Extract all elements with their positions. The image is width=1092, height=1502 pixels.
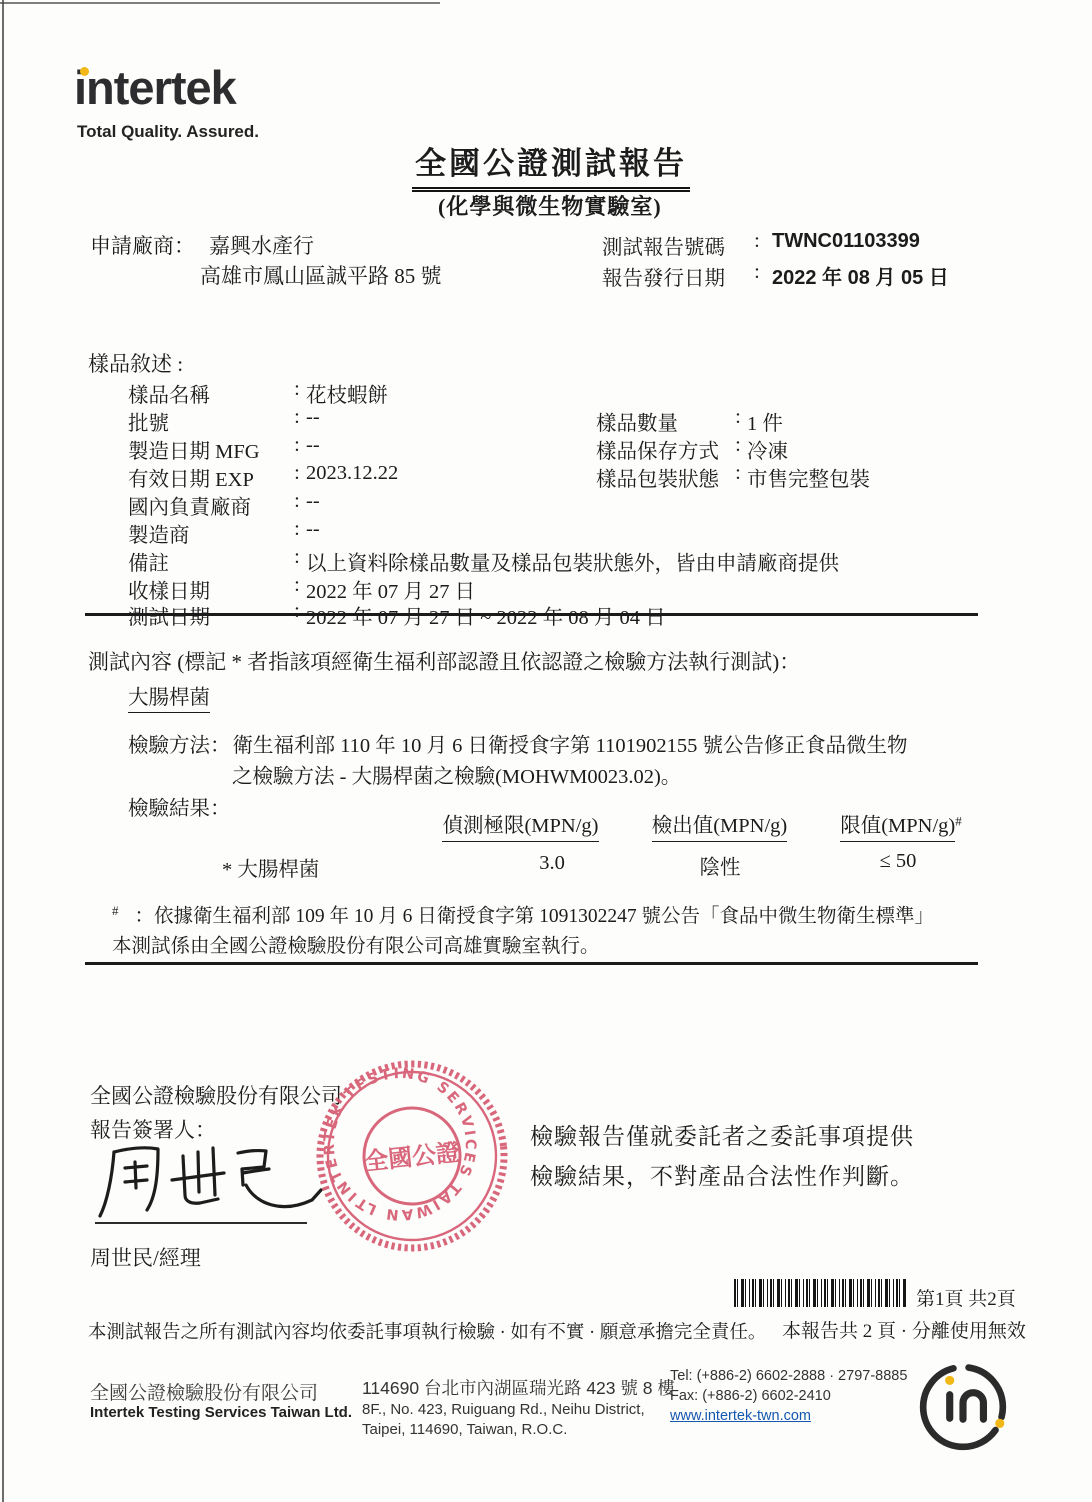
lab-footnote: 本測試係由全國公證檢驗股份有限公司高雄實驗室執行。	[112, 930, 600, 958]
batch-value: --	[306, 406, 320, 436]
signature-company: 全國公證檢驗股份有限公司	[90, 1080, 342, 1110]
table-header-text: 偵測極限(MPN/g)	[442, 808, 598, 842]
issue-date-row: 報告發行日期 : 2022 年 08 月 05 日	[602, 261, 949, 291]
sample-row: 有效日期 EXP : 2023.12.22	[128, 462, 398, 492]
seal-center-text: 全國公證	[363, 1138, 461, 1176]
disclaimer-line1: 檢驗報告僅就委託者之委託事項提供	[530, 1118, 914, 1151]
sample-row: 備註 : 以上資料除樣品數量及樣品包裝狀態外，皆由申請廠商提供	[128, 546, 839, 576]
section-divider	[85, 962, 978, 965]
colon: :	[288, 406, 306, 436]
issue-date-label: 報告發行日期	[602, 261, 748, 291]
validity-note: 本報告共 2 頁 · 分離使用無效	[782, 1316, 1026, 1343]
footer-tel: Tel: (+886-2) 6602-2888 · 2797-8885	[670, 1368, 907, 1384]
test-intro: 測試內容 (標記 * 者指該項經衛生福利部認證且依認證之檢驗方法執行測試)：	[88, 646, 800, 676]
colon: :	[729, 434, 747, 464]
colon: :	[729, 462, 747, 492]
table-header-limit: 限值(MPN/g)#	[816, 808, 986, 842]
report-no-label: 測試報告號碼	[602, 230, 748, 260]
table-row-limit: ≤ 50	[852, 850, 944, 873]
sample-storage-row: 樣品保存方式 : 冷凍	[596, 434, 788, 464]
sample-packing-label: 樣品包裝狀態	[596, 462, 729, 492]
footer-address-cn: 114690 台北市內湖區瑞光路 423 號 8 樓	[362, 1375, 675, 1400]
applicant-name: 嘉興水產行	[209, 230, 314, 260]
sample-row: 樣品名稱 : 花枝蝦餅	[128, 378, 388, 408]
table-row-detection-limit: 3.0	[512, 852, 592, 875]
remark-value: 以上資料除樣品數量及樣品包裝狀態外，皆由申請廠商提供	[306, 546, 839, 576]
domestic-agent-label: 國內負責廠商	[128, 490, 288, 520]
responsibility-statement: 本測試報告之所有測試內容均依委託事項執行檢驗 · 如有不實 · 願意承擔完全責任…	[88, 1318, 766, 1344]
disclaimer-line2: 檢驗結果，不對產品合法性作判斷。	[530, 1158, 914, 1191]
table-header-text: 限值(MPN/g)	[840, 808, 955, 842]
colon: :	[288, 546, 306, 576]
applicant-row: 申請廠商： 嘉興水產行	[90, 230, 314, 260]
colon: :	[288, 490, 306, 520]
colon: :	[288, 518, 306, 548]
scan-edge-top	[0, 2, 440, 4]
method-row: 檢驗方法： 衛生福利部 110 年 10 月 6 日衛授食字第 11019021…	[128, 728, 907, 758]
signer-name-title: 周世民/經理	[90, 1242, 201, 1272]
report-subtitle: (化學與微生物實驗室)	[438, 190, 662, 221]
report-no-row: 測試報告號碼 : TWNC01103399	[602, 230, 920, 260]
exp-date-label: 有效日期 EXP	[128, 462, 288, 492]
colon: :	[748, 230, 766, 260]
sample-name-label: 樣品名稱	[128, 378, 288, 408]
applicant-address: 高雄市鳳山區誠平路 85 號	[200, 260, 442, 290]
test-item-group-text: 大腸桿菌	[128, 687, 210, 713]
sample-name-value: 花枝蝦餅	[306, 378, 388, 408]
page-number: 第1頁 共2頁	[916, 1284, 1016, 1311]
table-header-detection-limit: 偵測極限(MPN/g)	[428, 808, 613, 842]
exp-date-value: 2023.12.22	[306, 462, 398, 492]
sample-qty-row: 樣品數量 : 1 件	[596, 406, 783, 436]
hash-footnote-text: ：依據衛生福利部 109 年 10 月 6 日衛授食字第 1091302247 …	[135, 906, 935, 927]
barcode	[734, 1279, 906, 1307]
report-title-wrap: 全國公證測試報告	[412, 138, 690, 183]
footer-address-en1: 8F., No. 423, Ruiguang Rd., Neihu Distri…	[362, 1401, 645, 1418]
remark-label: 備註	[128, 546, 288, 576]
intertek-tagline: Total Quality. Assured.	[77, 122, 259, 142]
footer-fax: Fax: (+886-2) 6602-2410	[670, 1388, 831, 1404]
hash-footnote: #：依據衛生福利部 109 年 10 月 6 日衛授食字第 1091302247…	[112, 900, 934, 928]
signature-handwriting	[92, 1132, 332, 1224]
colon: :	[729, 406, 747, 436]
method-line2: 之檢驗方法 - 大腸桿菌之檢驗(MOHWM0023.02)。	[232, 759, 681, 789]
table-row-item: * 大腸桿菌	[222, 852, 319, 882]
footer-website-link[interactable]: www.intertek-twn.com	[670, 1408, 811, 1424]
mfg-date-value: --	[306, 434, 320, 464]
sample-qty-value: 1 件	[747, 406, 783, 436]
applicant-label: 申請廠商：	[90, 230, 195, 260]
colon: :	[288, 378, 306, 408]
batch-label: 批號	[128, 406, 288, 436]
sample-row: 批號 : --	[128, 406, 320, 436]
scan-edge-left	[2, 0, 4, 1502]
report-page: intertek Total Quality. Assured. 全國公證測試報…	[0, 0, 1092, 1502]
table-header-detected: 檢出值(MPN/g)	[632, 808, 807, 842]
method-line1: 衛生福利部 110 年 10 月 6 日衛授食字第 1101902155 號公告…	[233, 728, 908, 758]
footer-company-cn: 全國公證檢驗股份有限公司	[90, 1378, 318, 1405]
result-label: 檢驗結果：	[128, 791, 231, 821]
hash-superscript: #	[112, 903, 119, 918]
report-title: 全國公證測試報告	[412, 146, 690, 192]
manufacturer-value: --	[306, 518, 320, 548]
sample-section-title: 樣品敘述 :	[88, 348, 183, 378]
colon: :	[748, 261, 766, 291]
colon: :	[288, 434, 306, 464]
sample-storage-label: 樣品保存方式	[596, 434, 729, 464]
manufacturer-label: 製造商	[128, 518, 288, 548]
issue-date-value: 2022 年 08 月 05 日	[772, 261, 949, 291]
intertek-logo-yellow-dot-icon	[80, 67, 89, 76]
company-seal-stamp: INTERTEK TESTING SERVICES TAIWAN LTD. 全國…	[312, 1056, 512, 1256]
footer-company-en: Intertek Testing Services Taiwan Ltd.	[90, 1404, 352, 1421]
sample-row: 國內負責廠商 : --	[128, 490, 320, 520]
sample-packing-value: 市售完整包裝	[747, 462, 870, 492]
domestic-agent-value: --	[306, 490, 320, 520]
intertek-logo: intertek	[74, 60, 236, 115]
limit-superscript: #	[955, 814, 962, 829]
table-header-text: 檢出值(MPN/g)	[652, 808, 788, 842]
sample-row: 製造日期 MFG : --	[128, 434, 320, 464]
section-divider	[85, 613, 978, 616]
method-label: 檢驗方法：	[128, 728, 231, 758]
sample-packing-row: 樣品包裝狀態 : 市售完整包裝	[596, 462, 870, 492]
sample-storage-value: 冷凍	[747, 434, 788, 464]
mfg-date-label: 製造日期 MFG	[128, 434, 288, 464]
sample-qty-label: 樣品數量	[596, 406, 729, 436]
intertek-logo-text: intertek	[74, 61, 236, 114]
footer-website[interactable]: www.intertek-twn.com	[670, 1408, 811, 1424]
colon: :	[288, 462, 306, 492]
intertek-in-circle-icon	[916, 1360, 1010, 1454]
report-no-value: TWNC01103399	[772, 230, 920, 260]
table-row-detected: 陰性	[678, 850, 762, 880]
footer-address-en2: Taipei, 114690, Taiwan, R.O.C.	[362, 1421, 567, 1438]
signature-line	[95, 1222, 307, 1224]
sample-row: 製造商 : --	[128, 518, 320, 548]
test-item-group: 大腸桿菌	[128, 680, 210, 710]
